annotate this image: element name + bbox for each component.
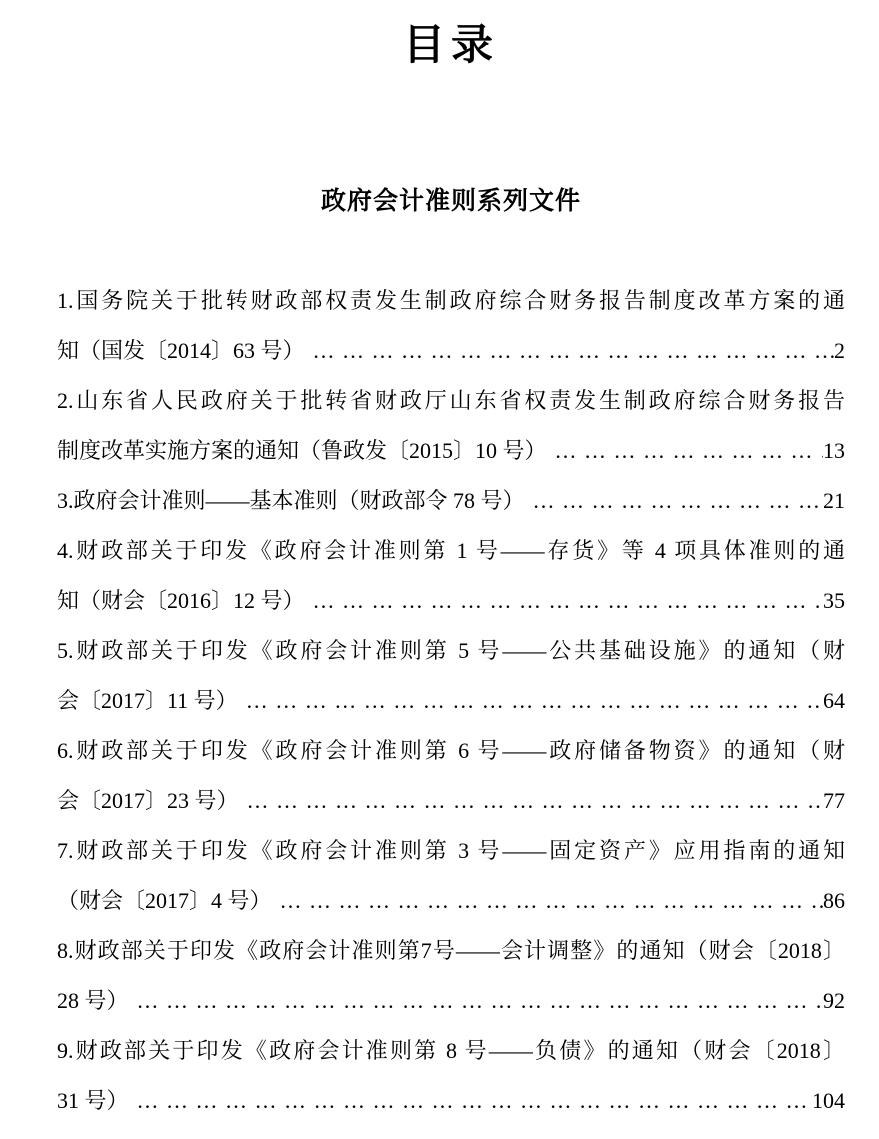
toc-page-number: 77 bbox=[823, 776, 845, 826]
toc-line: 会〔2017〕23 号） … … … … … … … … … … … … … …… bbox=[57, 776, 845, 826]
toc-entry-6: 6.财政部关于印发《政府会计准则第 6 号——政府储备物资》的通知（财 会〔20… bbox=[57, 726, 845, 826]
toc-entry-5: 5.财政部关于印发《政府会计准则第 5 号——公共基础设施》的通知（财 会〔20… bbox=[57, 626, 845, 726]
toc-page-number: 86 bbox=[823, 876, 845, 926]
toc-entry-4: 4.财政部关于印发《政府会计准则第 1 号——存货》等 4 项具体准则的通 知（… bbox=[57, 526, 845, 626]
toc-entry-9: 9.财政部关于印发《政府会计准则第 8 号——负债》的通知（财会〔2018〕 3… bbox=[57, 1026, 845, 1126]
toc-line: 3.政府会计准则——基本准则（财政部令 78 号） … … … … … … … … bbox=[57, 476, 845, 526]
toc-line: 28 号） … … … … … … … … … … … … … … … … … … bbox=[57, 976, 845, 1026]
dot-leader: … … … … … … … … … … … … … … … … … … … … … bbox=[239, 776, 823, 826]
toc-entry-text: 会〔2017〕11 号） bbox=[57, 676, 238, 726]
toc-entry-text: 制度改革实施方案的通知（鲁政发〔2015〕10 号） bbox=[57, 426, 547, 476]
toc-entry-text: 28 号） bbox=[57, 976, 129, 1026]
toc-page-number: 92 bbox=[823, 976, 845, 1026]
toc-entry-text: 会〔2017〕23 号） bbox=[57, 776, 239, 826]
dot-leader: … … … … … … … … … … … … … … … … … … … … … bbox=[547, 426, 823, 476]
dot-leader: … … … … … … … … … … … … … … … … … … … … … bbox=[129, 1076, 812, 1126]
page-title: 目录 bbox=[57, 0, 845, 68]
toc-line: 7.财政部关于印发《政府会计准则第 3 号——固定资产》应用指南的通知 bbox=[57, 826, 845, 876]
toc-line: 知（国发〔2014〕63 号） … … … … … … … … … … … … … bbox=[57, 326, 845, 376]
toc-page-number: 13 bbox=[823, 426, 845, 476]
document-content: 目录 政府会计准则系列文件 1.国务院关于批转财政部权责发生制政府综合财务报告制… bbox=[57, 0, 845, 1126]
toc-line: 会〔2017〕11 号） … … … … … … … … … … … … … …… bbox=[57, 676, 845, 726]
toc-entry-3: 3.政府会计准则——基本准则（财政部令 78 号） … … … … … … … … bbox=[57, 476, 845, 526]
toc-page-number: 2 bbox=[834, 326, 845, 376]
toc-entry-8: 8.财政部关于印发《政府会计准则第7号——会计调整》的通知（财会〔2018〕 2… bbox=[57, 926, 845, 1026]
toc-entry-7: 7.财政部关于印发《政府会计准则第 3 号——固定资产》应用指南的通知 （财会〔… bbox=[57, 826, 845, 926]
dot-leader: … … … … … … … … … … … … … … … … … … … … … bbox=[129, 976, 823, 1026]
toc-entry-1: 1.国务院关于批转财政部权责发生制政府综合财务报告制度改革方案的通 知（国发〔2… bbox=[57, 276, 845, 376]
dot-leader: … … … … … … … … … … … … … … … … … … … … … bbox=[272, 876, 823, 926]
toc-entry-text: 知（国发〔2014〕63 号） bbox=[57, 326, 305, 376]
toc-entry-text: 知（财会〔2016〕12 号） bbox=[57, 576, 305, 626]
dot-leader: … … … … … … … … … … … … … … … … … … … … … bbox=[305, 326, 834, 376]
toc-entry-text: 3.政府会计准则——基本准则（财政部令 78 号） bbox=[57, 476, 525, 526]
toc-page-number: 104 bbox=[812, 1076, 845, 1126]
toc-page-number: 21 bbox=[823, 476, 845, 526]
toc-line: 制度改革实施方案的通知（鲁政发〔2015〕10 号） … … … … … … …… bbox=[57, 426, 845, 476]
toc-line: 8.财政部关于印发《政府会计准则第7号——会计调整》的通知（财会〔2018〕 bbox=[57, 926, 845, 976]
toc-line: 5.财政部关于印发《政府会计准则第 5 号——公共基础设施》的通知（财 bbox=[57, 626, 845, 676]
section-heading: 政府会计准则系列文件 bbox=[57, 190, 845, 214]
toc-page-number: 64 bbox=[823, 676, 845, 726]
toc-line: 1.国务院关于批转财政部权责发生制政府综合财务报告制度改革方案的通 bbox=[57, 276, 845, 326]
toc-line: 2.山东省人民政府关于批转省财政厅山东省权责发生制政府综合财务报告 bbox=[57, 376, 845, 426]
toc-entry-text: 31 号） bbox=[57, 1076, 129, 1126]
toc-page-number: 35 bbox=[823, 576, 845, 626]
toc-line: 6.财政部关于印发《政府会计准则第 6 号——政府储备物资》的通知（财 bbox=[57, 726, 845, 776]
toc-line: 9.财政部关于印发《政府会计准则第 8 号——负债》的通知（财会〔2018〕 bbox=[57, 1026, 845, 1076]
dot-leader: … … … … … … … … … … … … … … … … … … … … … bbox=[238, 676, 823, 726]
toc-entry-2: 2.山东省人民政府关于批转省财政厅山东省权责发生制政府综合财务报告 制度改革实施… bbox=[57, 376, 845, 476]
dot-leader: … … … … … … … … … … … … … … … … … … … … … bbox=[305, 576, 823, 626]
toc-line: （财会〔2017〕4 号） … … … … … … … … … … … … … … bbox=[57, 876, 845, 926]
document-page: 目录 政府会计准则系列文件 1.国务院关于批转财政部权责发生制政府综合财务报告制… bbox=[0, 0, 879, 1139]
dot-leader: … … … … … … … … … … … … … … … … … … … … … bbox=[525, 476, 823, 526]
toc-line: 知（财会〔2016〕12 号） … … … … … … … … … … … … … bbox=[57, 576, 845, 626]
toc-list: 1.国务院关于批转财政部权责发生制政府综合财务报告制度改革方案的通 知（国发〔2… bbox=[57, 276, 845, 1126]
toc-entry-text: （财会〔2017〕4 号） bbox=[57, 876, 272, 926]
toc-line: 4.财政部关于印发《政府会计准则第 1 号——存货》等 4 项具体准则的通 bbox=[57, 526, 845, 576]
toc-line: 31 号） … … … … … … … … … … … … … … … … … … bbox=[57, 1076, 845, 1126]
